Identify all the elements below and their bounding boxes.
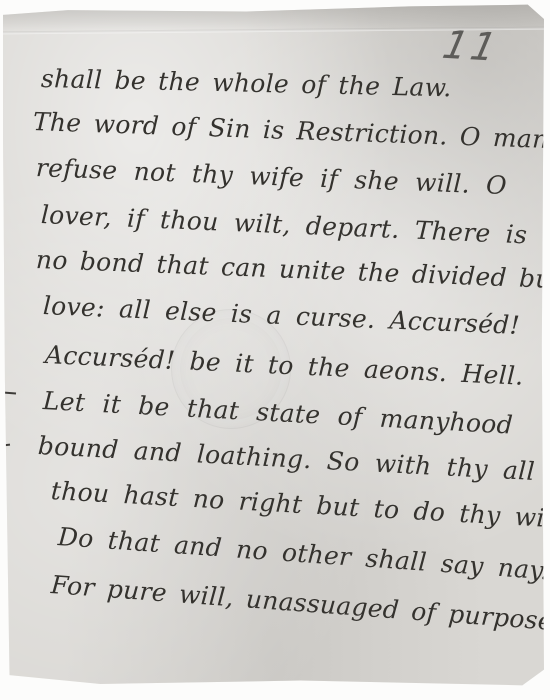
manuscript-line: lover, if thou wilt, depart. There is [40,200,527,249]
manuscript-line: bound and loathing. So with thy all [37,431,535,486]
manuscript-line: Let it be that state of manyhood [42,386,514,440]
manuscript-line: The word of Sin is Restriction. O man! [32,107,550,154]
manuscript-line: shall be the whole of the Law. [41,64,452,102]
scan-bed: 11 shall be the whole of the Law. The wo… [0,0,550,700]
manuscript-page: 11 shall be the whole of the Law. The wo… [3,4,544,686]
manuscript-line: no bond that can unite the divided but [35,245,550,294]
handwritten-text: shall be the whole of the Law. The word … [3,4,544,686]
scan-speck [10,9,13,12]
scan-speck [17,11,19,13]
manuscript-line: refuse not thy wife if she will. O [35,153,507,200]
manuscript-line: Accurséd! be it to the aeons. Hell. [44,340,524,391]
manuscript-line: thou hast no right but to do thy will [50,476,550,533]
manuscript-line: love: all else is a curse. Accurséd! [42,291,520,340]
